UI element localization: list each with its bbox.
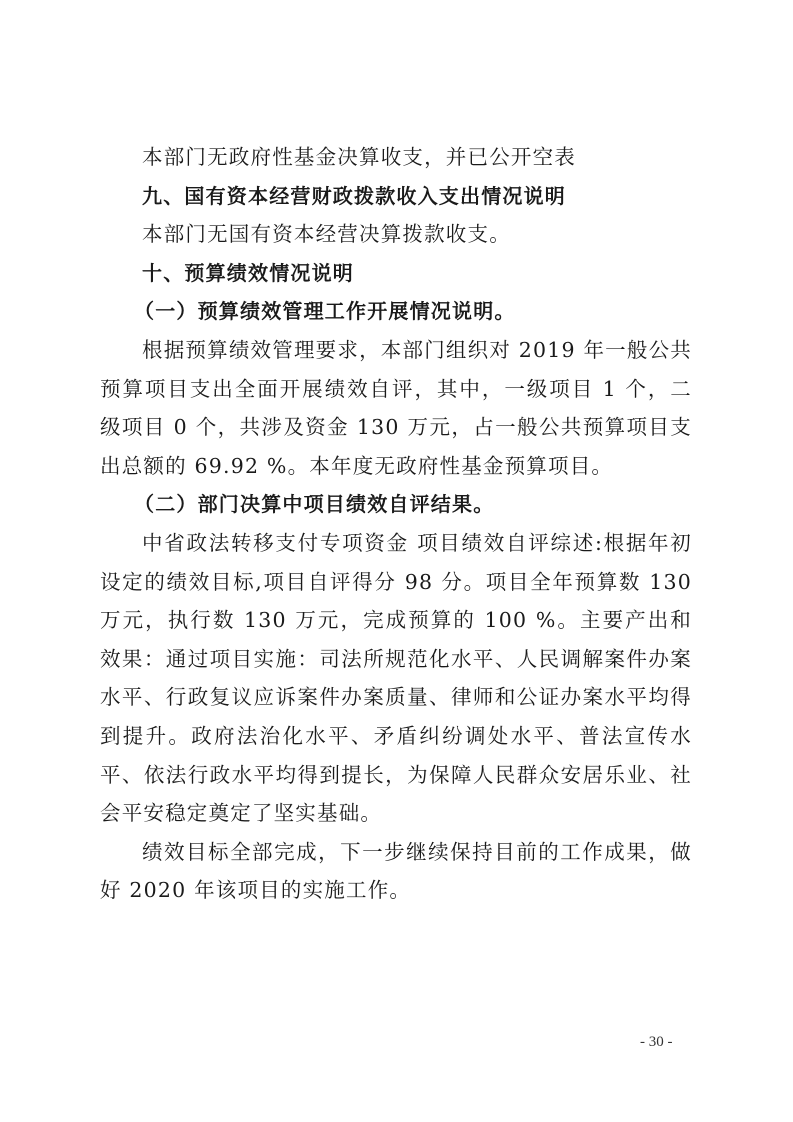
section-heading-9: 九、国有资本经营财政拨款收入支出情况说明 <box>100 177 692 216</box>
section-heading-10: 十、预算绩效情况说明 <box>100 254 692 293</box>
document-page: 本部门无政府性基金决算收支，并已公开空表 九、国有资本经营财政拨款收入支出情况说… <box>100 138 692 910</box>
page-number: - 30 - <box>640 1034 673 1051</box>
subheading-performance-management: （一）预算绩效管理工作开展情况说明。 <box>100 292 692 331</box>
paragraph-project-summary: 中省政法转移支付专项资金 项目绩效自评综述:根据年初设定的绩效目标,项目自评得分… <box>100 524 692 833</box>
subheading-self-evaluation-results: （二）部门决算中项目绩效自评结果。 <box>100 485 692 524</box>
paragraph-conclusion: 绩效目标全部完成，下一步继续保持目前的工作成果，做好 2020 年该项目的实施工… <box>100 833 692 910</box>
body-text-no-gov-fund: 本部门无政府性基金决算收支，并已公开空表 <box>100 138 692 177</box>
paragraph-performance-evaluation: 根据预算绩效管理要求，本部门组织对 2019 年一般公共预算项目支出全面开展绩效… <box>100 331 692 485</box>
body-text-no-state-capital: 本部门无国有资本经营决算拨款收支。 <box>100 215 692 254</box>
